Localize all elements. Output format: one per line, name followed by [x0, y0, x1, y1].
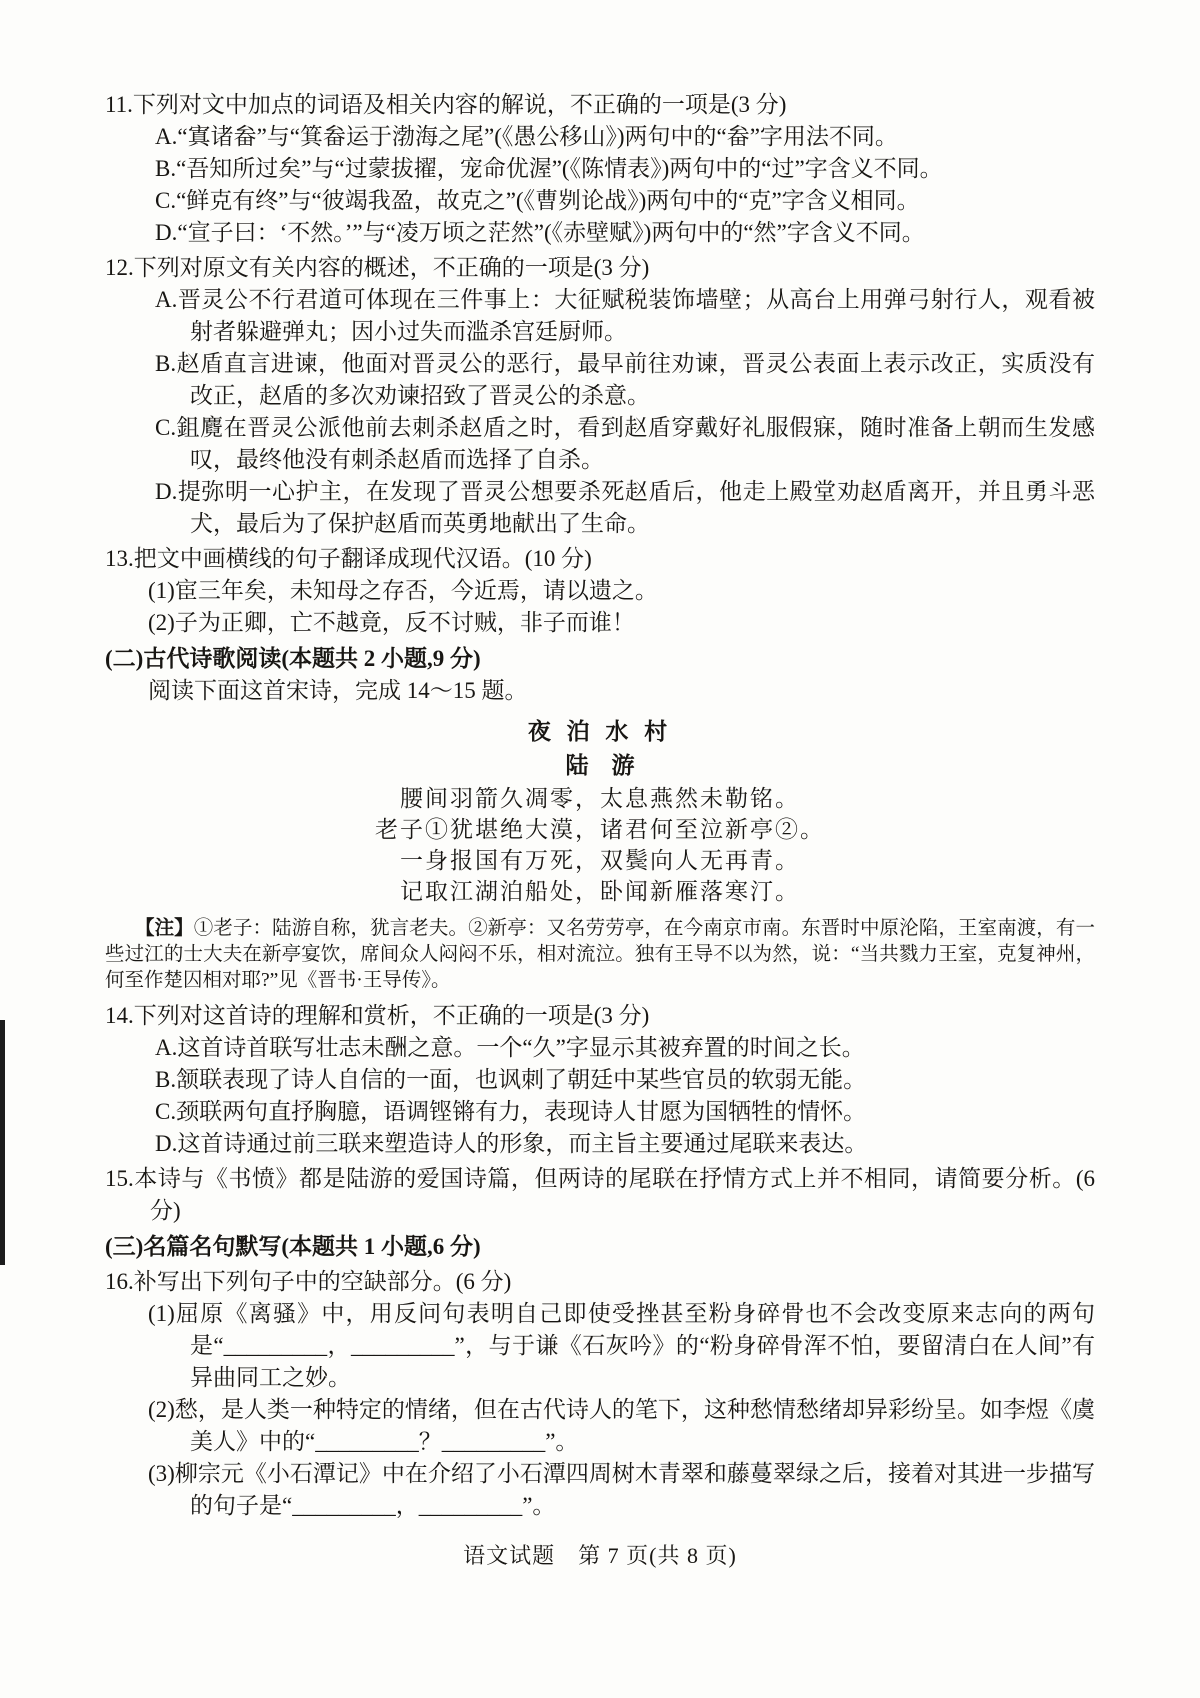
section-3-header: (三)名篇名句默写(本题共 1 小题,6 分) — [105, 1231, 1095, 1263]
poem-title: 夜 泊 水 村 — [105, 715, 1095, 749]
q14-option-c: C.颈联两句直抒胸臆，语调铿锵有力，表现诗人甘愿为国牺牲的情怀。 — [105, 1096, 1095, 1128]
q11-option-d: D.“宣子曰：‘不然。’”与“凌万顷之茫然”(《赤壁赋》)两句中的“然”字含义不… — [105, 217, 1095, 249]
q14-option-a: A.这首诗首联写壮志未酬之意。一个“久”字显示其被弃置的时间之长。 — [105, 1032, 1095, 1064]
q13-sub-1: (1)宦三年矣，未知母之存否，今近焉，请以遗之。 — [105, 575, 1095, 607]
q14-stem: 14.下列对这首诗的理解和赏析，不正确的一项是(3 分) — [105, 1000, 1095, 1032]
poem-line-3: 一身报国有万死，双鬓向人无再青。 — [105, 845, 1095, 876]
q12-option-b: B.赵盾直言进谏，他面对晋灵公的恶行，最早前往劝谏，晋灵公表面上表示改正，实质没… — [105, 348, 1095, 412]
page-footer: 语文试题 第 7 页(共 8 页) — [0, 1540, 1200, 1572]
poem-note-text: ①老子：陆游自称，犹言老夫。②新亭：又名劳劳亭，在今南京市南。东晋时中原沦陷，王… — [105, 918, 1095, 991]
q14-option-b: B.颔联表现了诗人自信的一面，也讽刺了朝廷中某些官员的软弱无能。 — [105, 1064, 1095, 1096]
poem-block: 夜 泊 水 村 陆 游 腰间羽箭久凋零，太息燕然未勒铭。 老子①犹堪绝大漠，诸君… — [105, 715, 1095, 907]
scan-edge-artifact — [0, 1020, 5, 1265]
poem-line-1: 腰间羽箭久凋零，太息燕然未勒铭。 — [105, 783, 1095, 814]
q16-sub-3: (3)柳宗元《小石潭记》中在介绍了小石潭四周树木青翠和藤蔓翠绿之后，接着对其进一… — [105, 1458, 1095, 1522]
q12-option-d: D.提弥明一心护主，在发现了晋灵公想要杀死赵盾后，他走上殿堂劝赵盾离开，并且勇斗… — [105, 476, 1095, 540]
poem-line-2: 老子①犹堪绝大漠，诸君何至泣新亭②。 — [105, 814, 1095, 845]
q13-sub-2: (2)子为正卿，亡不越竟，反不讨贼，非子而谁！ — [105, 607, 1095, 639]
poem-reading-intro: 阅读下面这首宋诗，完成 14～15 题。 — [105, 675, 1095, 707]
section-2-header: (二)古代诗歌阅读(本题共 2 小题,9 分) — [105, 643, 1095, 675]
q11-option-c: C.“鲜克有终”与“彼竭我盈，故克之”(《曹刿论战》)两句中的“克”字含义相同。 — [105, 185, 1095, 217]
q11-option-a: A.“寘诸畚”与“箕畚运于渤海之尾”(《愚公移山》)两句中的“畚”字用法不同。 — [105, 121, 1095, 153]
q16-sub-1: (1)屈原《离骚》中，用反问句表明自己即使受挫甚至粉身碎骨也不会改变原来志向的两… — [105, 1298, 1095, 1394]
q12-option-c: C.鉏麑在晋灵公派他前去刺杀赵盾之时，看到赵盾穿戴好礼服假寐，随时准备上朝而生发… — [105, 412, 1095, 476]
q13-stem: 13.把文中画横线的句子翻译成现代汉语。(10 分) — [105, 543, 1095, 575]
poem-line-4: 记取江湖泊船处，卧闻新雁落寒汀。 — [105, 876, 1095, 907]
poem-author: 陆 游 — [105, 749, 1095, 783]
q14-option-d: D.这首诗通过前三联来塑造诗人的形象，而主旨主要通过尾联来表达。 — [105, 1128, 1095, 1160]
poem-note-label: 【注】 — [135, 918, 194, 939]
q15-stem: 15.本诗与《书愤》都是陆游的爱国诗篇，但两诗的尾联在抒情方式上并不相同，请简要… — [105, 1163, 1095, 1227]
q11-option-b: B.“吾知所过矣”与“过蒙拔擢，宠命优渥”(《陈情表》)两句中的“过”字含义不同… — [105, 153, 1095, 185]
q12-option-a: A.晋灵公不行君道可体现在三件事上：大征赋税装饰墙壁；从高台上用弹弓射行人，观看… — [105, 284, 1095, 348]
q16-stem: 16.补写出下列句子中的空缺部分。(6 分) — [105, 1266, 1095, 1298]
q11-stem: 11.下列对文中加点的词语及相关内容的解说，不正确的一项是(3 分) — [105, 89, 1095, 121]
q12-stem: 12.下列对原文有关内容的概述，不正确的一项是(3 分) — [105, 252, 1095, 284]
exam-page: 11.下列对文中加点的词语及相关内容的解说，不正确的一项是(3 分) A.“寘诸… — [0, 0, 1200, 1698]
poem-note: 【注】①老子：陆游自称，犹言老夫。②新亭：又名劳劳亭，在今南京市南。东晋时中原沦… — [105, 916, 1095, 994]
q16-sub-2: (2)愁，是人类一种特定的情绪，但在古代诗人的笔下，这种愁情愁绪却异彩纷呈。如李… — [105, 1394, 1095, 1458]
